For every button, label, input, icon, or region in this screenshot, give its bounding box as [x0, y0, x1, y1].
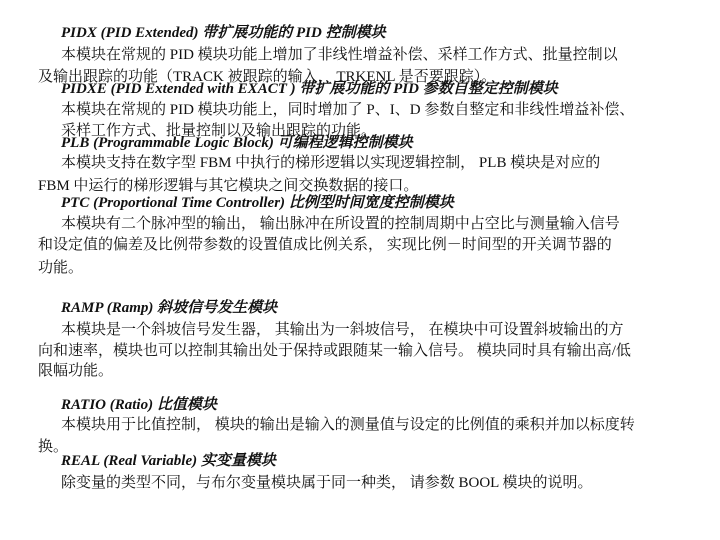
section-heading-pidx: PIDX (PID Extended) 带扩展功能的 PID 控制模块	[61, 23, 386, 43]
paragraph-line: 向和速率，模块也可以控制其输出处于保持或跟随某一输入信号。 模块同时具有输出高/…	[38, 341, 631, 361]
paragraph-line: 本模块是一个斜坡信号发生器， 其输出为一斜坡信号， 在模块中可设置斜坡输出的方	[61, 320, 624, 340]
paragraph-line: 本模块有二个脉冲型的输出， 输出脉冲在所设置的控制周期中占空比与测量输入信号	[61, 214, 620, 234]
paragraph-line: 功能。	[38, 258, 83, 278]
section-heading-ramp: RAMP (Ramp) 斜坡信号发生模块	[61, 298, 277, 318]
paragraph-line: 本模块在常规的 PID 模块功能上，同时增加了 P、I、D 参数自整定和非线性增…	[61, 100, 634, 120]
paragraph-line: 除变量的类型不同，与布尔变量模块属于同一种类， 请参数 BOOL 模块的说明。	[61, 473, 593, 493]
section-heading-ratio: RATIO (Ratio) 比值模块	[61, 395, 217, 415]
paragraph-line: 和设定值的偏差及比例带参数的设置值成比例关系， 实现比例－时间型的开关调节器的	[38, 235, 612, 255]
section-heading-real: REAL (Real Variable) 实变量模块	[61, 451, 276, 471]
paragraph-line: 限幅功能。	[38, 361, 113, 381]
section-heading-pidxe: PIDXE (PID Extended with EXACT ) 带扩展功能的 …	[61, 79, 558, 99]
paragraph-line: 本模块在常规的 PID 模块功能上增加了非线性增益补偿、采样工作方式、批量控制以	[61, 45, 618, 65]
section-heading-ptc: PTC (Proportional Time Controller) 比例型时间…	[61, 193, 454, 213]
paragraph-line: 本模块用于比值控制， 模块的输出是输入的测量值与设定的比例值的乘积并加以标度转	[61, 415, 635, 435]
section-heading-plb: PLB (Programmable Logic Block) 可编程逻辑控制模块	[61, 133, 413, 153]
paragraph-line: 本模块支持在数字型 FBM 中执行的梯形逻辑以实现逻辑控制， PLB 模块是对应…	[61, 153, 600, 173]
